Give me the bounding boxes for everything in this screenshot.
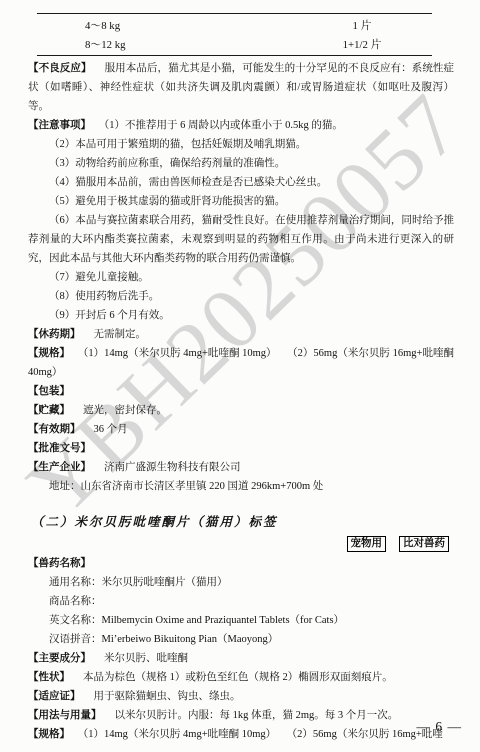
specification-2-paragraph: 【规格】（1）14mg（米尔贝肟 4mg+吡喹酮 10mg） （2）56mg（米… bbox=[28, 725, 454, 744]
withdrawal-period-paragraph: 【休药期】无需制定。 bbox=[28, 325, 454, 344]
shelf-life-text: 36 个月 bbox=[94, 424, 128, 435]
description-text: 本品为棕色（规格 1）或粉色至红色（规格 2）椭圆形双面刻痕片。 bbox=[83, 672, 393, 683]
dosage-administration-paragraph: 【用法与用量】以米尔贝肟计。内服：每 1kg 体重，猫 2mg。每 3 个月一次… bbox=[28, 706, 454, 725]
precaution-item-4: （4）猫服用本品前，需由兽医师检查是否已感染犬心丝虫。 bbox=[28, 173, 454, 192]
precaution-item-9: （9）开封后 6 个月有效。 bbox=[28, 306, 454, 325]
section-heading: （二）米尔贝肟吡喹酮片（猫用）标签 bbox=[28, 512, 454, 532]
packaging-label: 【包装】 bbox=[28, 386, 70, 397]
manufacturer-label: 【生产企业】 bbox=[28, 462, 91, 473]
english-name: 英文名称：Milbemycin Oxime and Praziquantel T… bbox=[28, 611, 454, 630]
compare-vet-drug-badge: 比对兽药 bbox=[399, 536, 449, 552]
precaution-item-7: （7）避免儿童接触。 bbox=[28, 268, 454, 287]
manufacturer-address: 地址：山东省济南市长清区孝里镇 220 国道 296km+700m 处 bbox=[28, 477, 454, 496]
manufacturer-name: 济南广盛源生物科技有限公司 bbox=[104, 462, 241, 473]
dose-table: 4～8 kg 1 片 8～12 kg 1+1/2 片 bbox=[37, 13, 432, 56]
drug-name-section-label: 【兽药名称】 bbox=[28, 554, 454, 573]
precaution-item-3: （3）动物给药前应称重，确保给药剂量的准确性。 bbox=[28, 154, 454, 173]
specification-paragraph: 【规格】（1）14mg（米尔贝肟 4mg+吡喹酮 10mg） （2）56mg（米… bbox=[28, 344, 454, 382]
storage-text: 遮光，密封保存。 bbox=[83, 405, 167, 416]
adverse-reactions-label: 【不良反应】 bbox=[28, 63, 92, 74]
specification-label: 【规格】 bbox=[28, 348, 70, 359]
badge-row: 宠物用 比对兽药 bbox=[28, 533, 449, 552]
dosage-administration-label: 【用法与用量】 bbox=[28, 710, 102, 721]
precaution-item-5: （5）避免用于极其虚弱的猫或肝肾功能损害的猫。 bbox=[28, 192, 454, 211]
dose-cell: 1+1/2 片 bbox=[297, 37, 427, 52]
indications-label: 【适应证】 bbox=[28, 691, 81, 702]
packaging-paragraph: 【包装】 bbox=[28, 382, 454, 401]
storage-label: 【贮藏】 bbox=[28, 405, 70, 416]
adverse-reactions-paragraph: 【不良反应】服用本品后，猫尤其是小猫，可能发生的十分罕见的不良反应有：系统性症状… bbox=[28, 59, 454, 116]
description-paragraph: 【性状】本品为棕色（规格 1）或粉色至红色（规格 2）椭圆形双面刻痕片。 bbox=[28, 668, 454, 687]
main-ingredients-text: 米尔贝肟、吡喹酮 bbox=[104, 653, 188, 664]
indications-paragraph: 【适应证】用于驱除猫蛔虫、钩虫、绦虫。 bbox=[28, 687, 454, 706]
withdrawal-period-label: 【休药期】 bbox=[28, 329, 81, 340]
trade-name: 商品名称： bbox=[28, 592, 454, 611]
specification-text: （1）14mg（米尔贝肟 4mg+吡喹酮 10mg） （2）56mg（米尔贝肟 … bbox=[28, 348, 454, 378]
storage-paragraph: 【贮藏】遮光，密封保存。 bbox=[28, 401, 454, 420]
withdrawal-period-text: 无需制定。 bbox=[94, 329, 147, 340]
main-ingredients-paragraph: 【主要成分】米尔贝肟、吡喹酮 bbox=[28, 649, 454, 668]
weight-cell: 8～12 kg bbox=[85, 37, 126, 52]
table-row: 8～12 kg 1+1/2 片 bbox=[37, 35, 432, 54]
table-row: 4～8 kg 1 片 bbox=[37, 16, 432, 35]
pinyin-name: 汉语拼音：Mi’erbeiwo Bikuitong Pian（Maoyong） bbox=[28, 630, 454, 649]
weight-cell: 4～8 kg bbox=[85, 18, 120, 33]
approval-number-label: 【批准文号】 bbox=[28, 443, 91, 454]
pet-use-badge: 宠物用 bbox=[347, 536, 387, 552]
dose-cell: 1 片 bbox=[297, 18, 427, 33]
specification-2-text: （1）14mg（米尔贝肟 4mg+吡喹酮 10mg） （2）56mg（米尔贝肟 … bbox=[83, 729, 443, 740]
precaution-item-6: （6）本品与赛拉菌素联合用药，猫耐受性良好。在使用推荐剂量治疗期间，同时给予推荐… bbox=[28, 211, 454, 268]
precautions-paragraph: 【注意事项】（1）不推荐用于 6 周龄以内或体重小于 0.5kg 的猫。 bbox=[28, 116, 454, 135]
shelf-life-label: 【有效期】 bbox=[28, 424, 81, 435]
page-content: 4～8 kg 1 片 8～12 kg 1+1/2 片 【不良反应】服用本品后，猫… bbox=[0, 13, 480, 744]
page-number: — 6 — bbox=[417, 719, 463, 735]
description-label: 【性状】 bbox=[28, 672, 70, 683]
dosage-administration-text: 以米尔贝肟计。内服：每 1kg 体重，猫 2mg。每 3 个月一次。 bbox=[115, 710, 399, 721]
generic-name: 通用名称：米尔贝肟吡喹酮片（猫用） bbox=[28, 573, 454, 592]
precaution-item-1: （1）不推荐用于 6 周龄以内或体重小于 0.5kg 的猫。 bbox=[104, 120, 343, 131]
indications-text: 用于驱除猫蛔虫、钩虫、绦虫。 bbox=[94, 691, 241, 702]
drug-insert-page: YBH20250057 4～8 kg 1 片 8～12 kg 1+1/2 片 【… bbox=[0, 0, 480, 752]
shelf-life-paragraph: 【有效期】36 个月 bbox=[28, 420, 454, 439]
precaution-item-2: （2）本品可用于繁殖期的猫，包括妊娠期及哺乳期猫。 bbox=[28, 135, 454, 154]
specification-2-label: 【规格】 bbox=[28, 729, 70, 740]
main-ingredients-label: 【主要成分】 bbox=[28, 653, 91, 664]
manufacturer-paragraph: 【生产企业】济南广盛源生物科技有限公司 bbox=[28, 458, 454, 477]
precautions-label: 【注意事项】 bbox=[28, 120, 91, 131]
precaution-item-8: （8）使用药物后洗手。 bbox=[28, 287, 454, 306]
approval-number-paragraph: 【批准文号】 bbox=[28, 439, 454, 458]
